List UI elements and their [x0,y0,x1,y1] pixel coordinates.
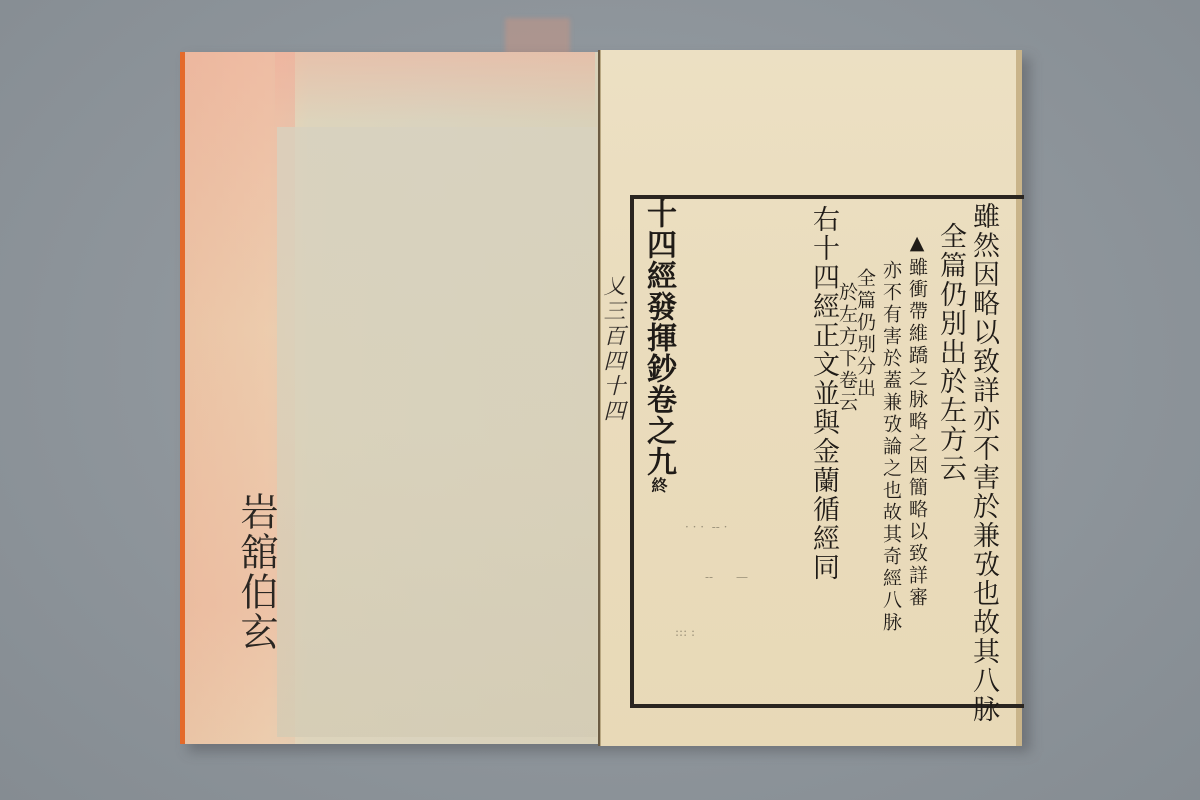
faint-show-through-marks: · · · -- · [685,520,727,534]
left-page-inner-sheet [277,127,597,737]
handwritten-margin-note: 乂三百四十四 [600,274,624,424]
open-book: 岩舘伯玄 乂三百四十四 雖然因略以致詳亦不害於兼攷也故其八脉 全篇仍別出於左方云… [180,50,1022,746]
text-column-7: 右十四經正文並與金蘭循經同 [808,205,838,582]
volume-end-title: 十四經發揮鈔卷之九終 [642,198,674,494]
left-page: 岩舘伯玄 [180,52,598,744]
left-page-top-stain [275,52,595,122]
title-end-mark: 終 [649,477,668,494]
text-column-2: 全篇仍別出於左方云 [935,222,965,483]
text-column-1: 雖然因略以致詳亦不害於兼攷也故其八脉 [968,202,998,724]
faint-show-through-marks: ::: : [675,625,695,639]
text-column-3: ▲雖衝帶維蹻之脉略之因簡略以致詳審 [906,232,928,609]
title-text: 十四經發揮鈔卷之九 [641,198,676,477]
text-column-4: 亦不有害於蓋兼攷論之也故其奇經八脉 [880,260,902,634]
faint-show-through-marks: -- — [705,570,748,584]
text-column-6: 於左方下卷云 [836,282,858,414]
owner-signature: 岩舘伯玄 [227,492,285,652]
